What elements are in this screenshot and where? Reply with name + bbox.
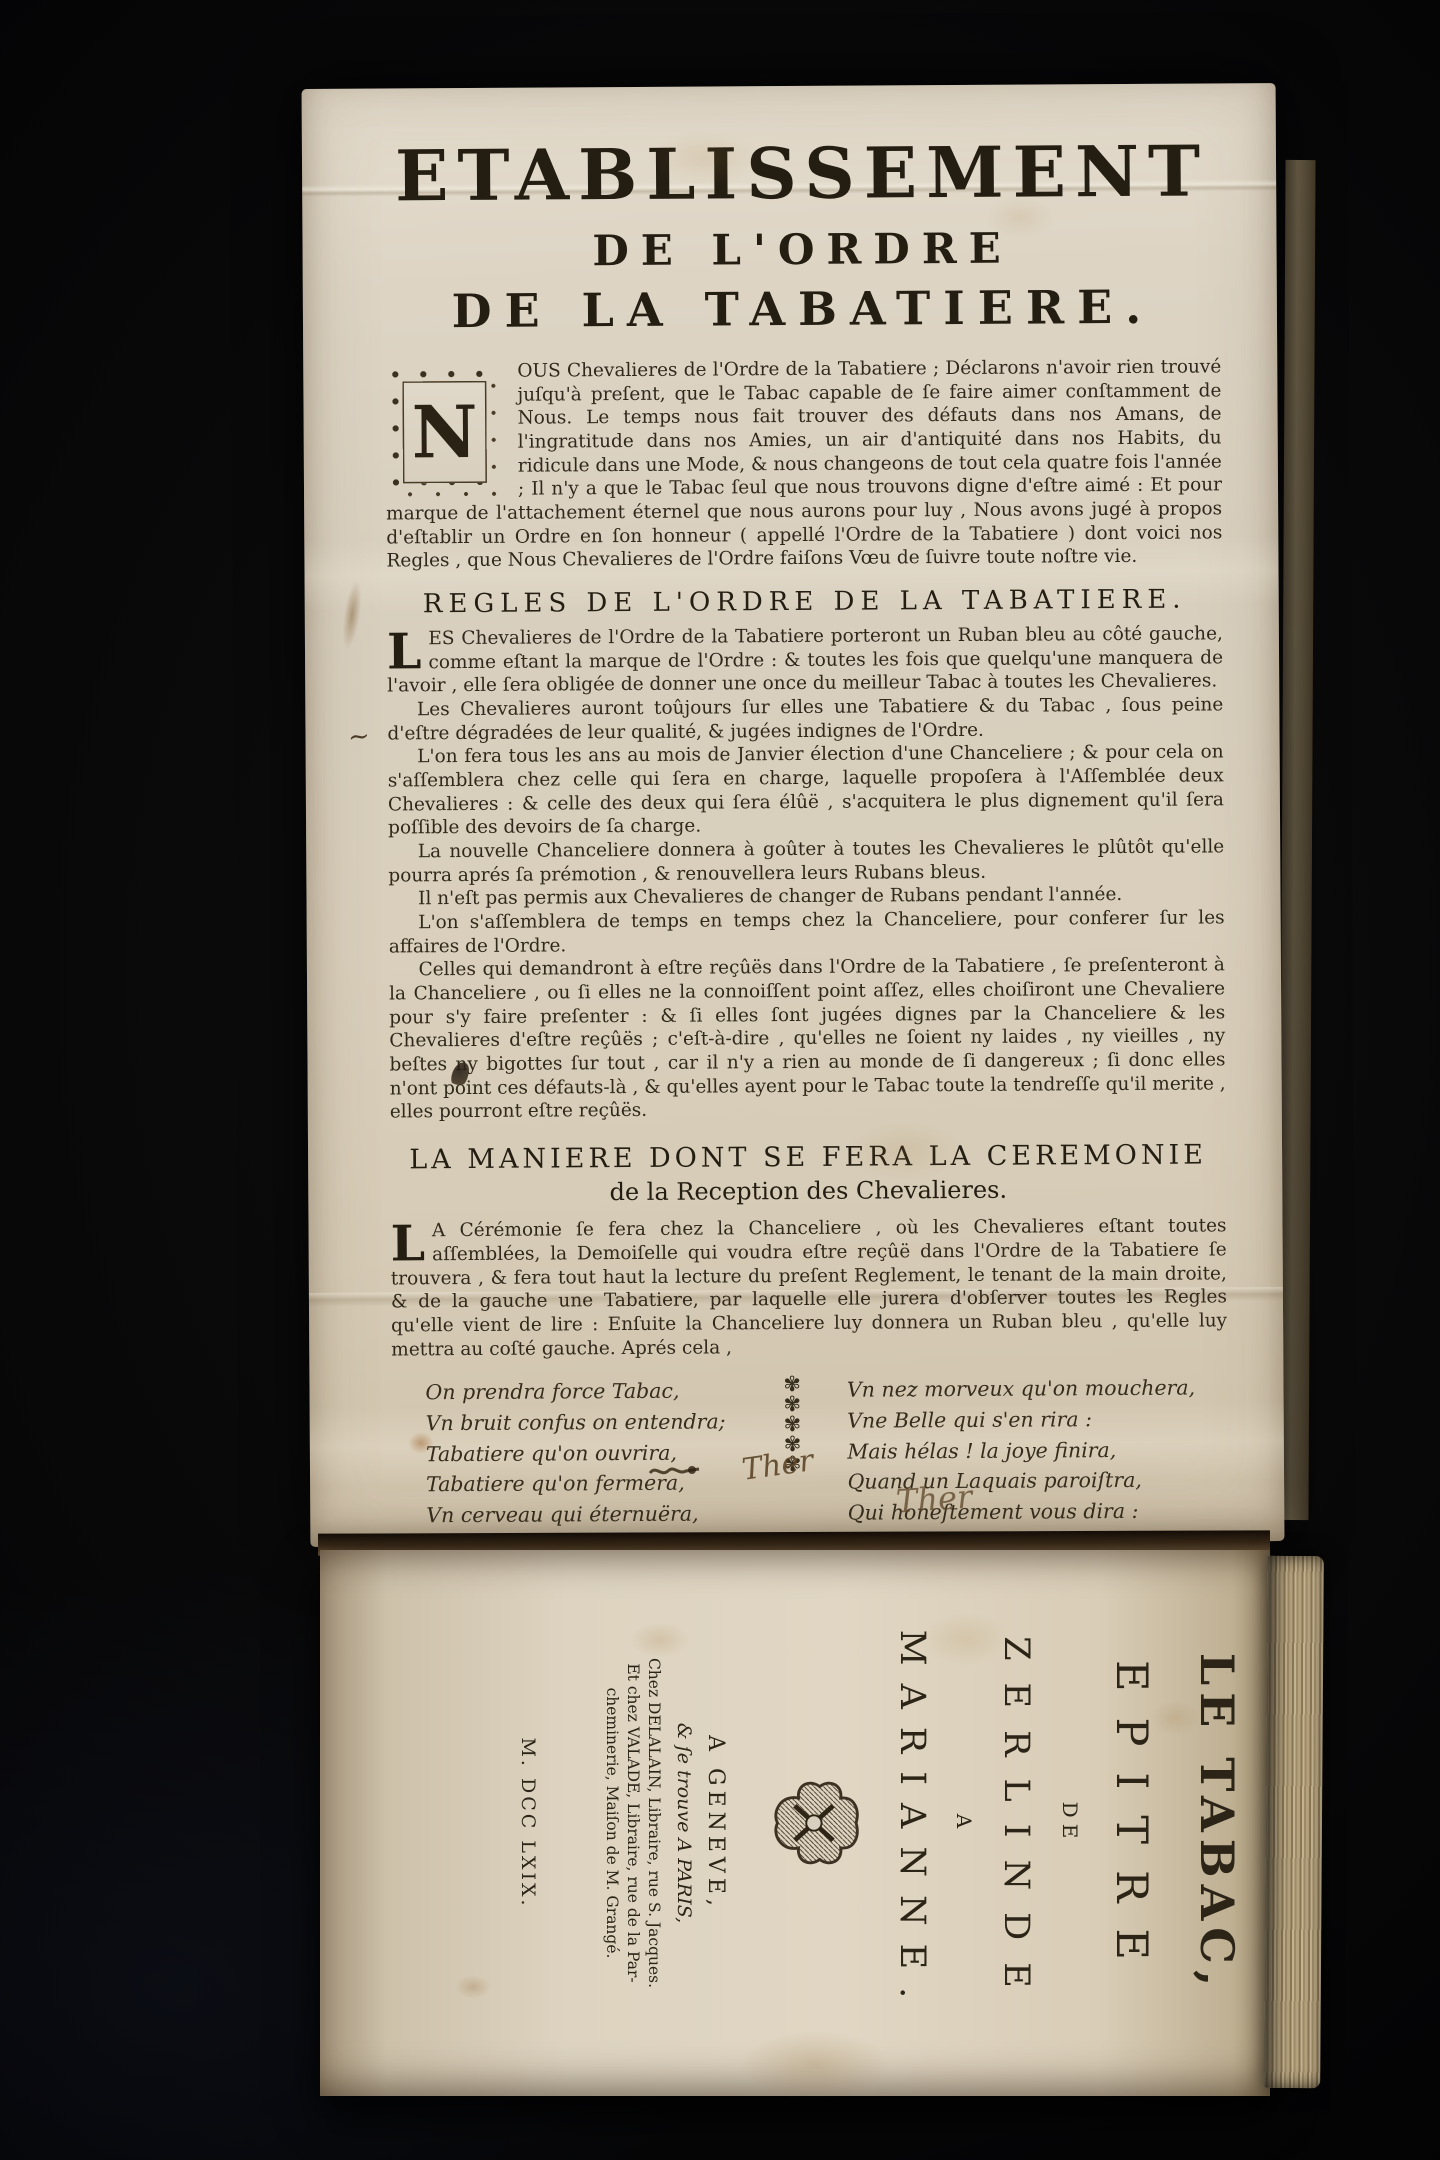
rules-paragraph-4: La nouvelle Chanceliere donnera à goûter… [388,835,1224,887]
imprint-valade: Et chez VALADE, Libraire, rue de la Par- [624,1553,642,2093]
verse-line: Vn nez morveux qu'on mouchera, [847,1373,1195,1406]
verse-line: Vn cerveau qui éternuëra, [426,1499,726,1532]
imprint-paris: & ſe trouve A PARIS, [673,1553,695,2093]
book-title-page: LE TABAC, EPITRE DE ZERLINDE A MARIANNE.… [320,1550,1270,2096]
drop-cap-n: N [412,396,478,468]
title-line-3: DE LA TABATIERE. [385,279,1221,338]
imprint-address: cheminerie, Maiſon de M. Grangé. [603,1553,621,2093]
book-fore-edge-pages [1264,1556,1324,2088]
rules-paragraph-7: Celles qui demandront à eſtre reçûës dan… [389,954,1226,1125]
verse-line: Vn bruit confus on entendra; [426,1406,726,1439]
ink-squiggle-mark [648,1462,702,1484]
handwritten-margin-mark: ∼ [346,721,371,753]
ceremony-heading: LA MANIERE DONT SE FERA LA CEREMONIE [390,1140,1226,1176]
book-title-zerlinde: ZERLINDE [996,1553,1036,2093]
book-title-marianne: MARIANNE. [892,1553,932,2093]
ornamental-initial-N-icon: N [385,364,504,501]
opening-text: OUS Chevalieres de l'Ordre de la Tabatie… [385,355,1222,573]
handwritten-annotation: Ther [895,1477,974,1520]
title-line-2: DE L'ORDRE [384,222,1220,276]
ceremony-subheading: de la Reception des Chevalieres. [390,1175,1226,1208]
main-title: ETABLISSEMENT [384,129,1220,217]
verse-block: On prendra force Tabac, Vn bruit confus … [425,1373,1228,1532]
rules-paragraph-6: L'on s'aſſemblera de temps en temps chez… [389,906,1225,958]
rules-heading: REGLES DE L'ORDRE DE LA TABATIERE. [387,584,1223,619]
printer-device-ornament-icon [758,1553,862,2093]
drop-cap-l: L [387,627,429,671]
rules-paragraph-2: Les Chevalieres auront toûjours ſur elle… [387,693,1223,745]
verse-line: On prendra force Tabac, [425,1376,725,1409]
book-title-de: DE [1058,1553,1082,2093]
drop-cap-l: L [390,1219,432,1263]
imprint-delalain: Chez DELALAIN, Libraire, rue S. Jacques. [645,1553,663,2093]
rotated-title-page-text: LE TABAC, EPITRE DE ZERLINDE A MARIANNE.… [330,1553,1260,2093]
imprint-date: M. DCC LXIX. [517,1553,539,2093]
verse-line: Vne Belle qui s'en rira : [847,1403,1195,1436]
broadside-sheet: ETABLISSEMENT DE L'ORDRE DE LA TABATIERE… [302,83,1285,1547]
broadside-content: ETABLISSEMENT DE L'ORDRE DE LA TABATIERE… [384,129,1229,1547]
book-title: LE TABAC, [1190,1553,1244,2093]
page-edge-behind-sheet [1278,160,1315,1520]
verse-column-left: On prendra force Tabac, Vn bruit confus … [425,1376,726,1532]
rules-paragraph-3: L'on fera tous les ans au mois de Janvie… [388,741,1225,841]
book-title-epitre: EPITRE [1106,1553,1156,2093]
photo-background: ETABLISSEMENT DE L'ORDRE DE LA TABATIERE… [0,0,1440,2160]
verse-line: Mais hélas ! la joye finira, [847,1434,1195,1467]
rules-paragraph-1: LES Chevalieres de l'Ordre de la Tabatie… [387,622,1223,698]
book-title-a: A [952,1553,976,2093]
imprint-place: A GENEVE, [703,1553,728,2093]
opening-paragraph: N OUS Chevalieres de l'Ordre de la Tabat… [385,355,1222,573]
ceremony-paragraph: LA Cérémonie ſe fera chez la Chanceliere… [390,1215,1227,1362]
